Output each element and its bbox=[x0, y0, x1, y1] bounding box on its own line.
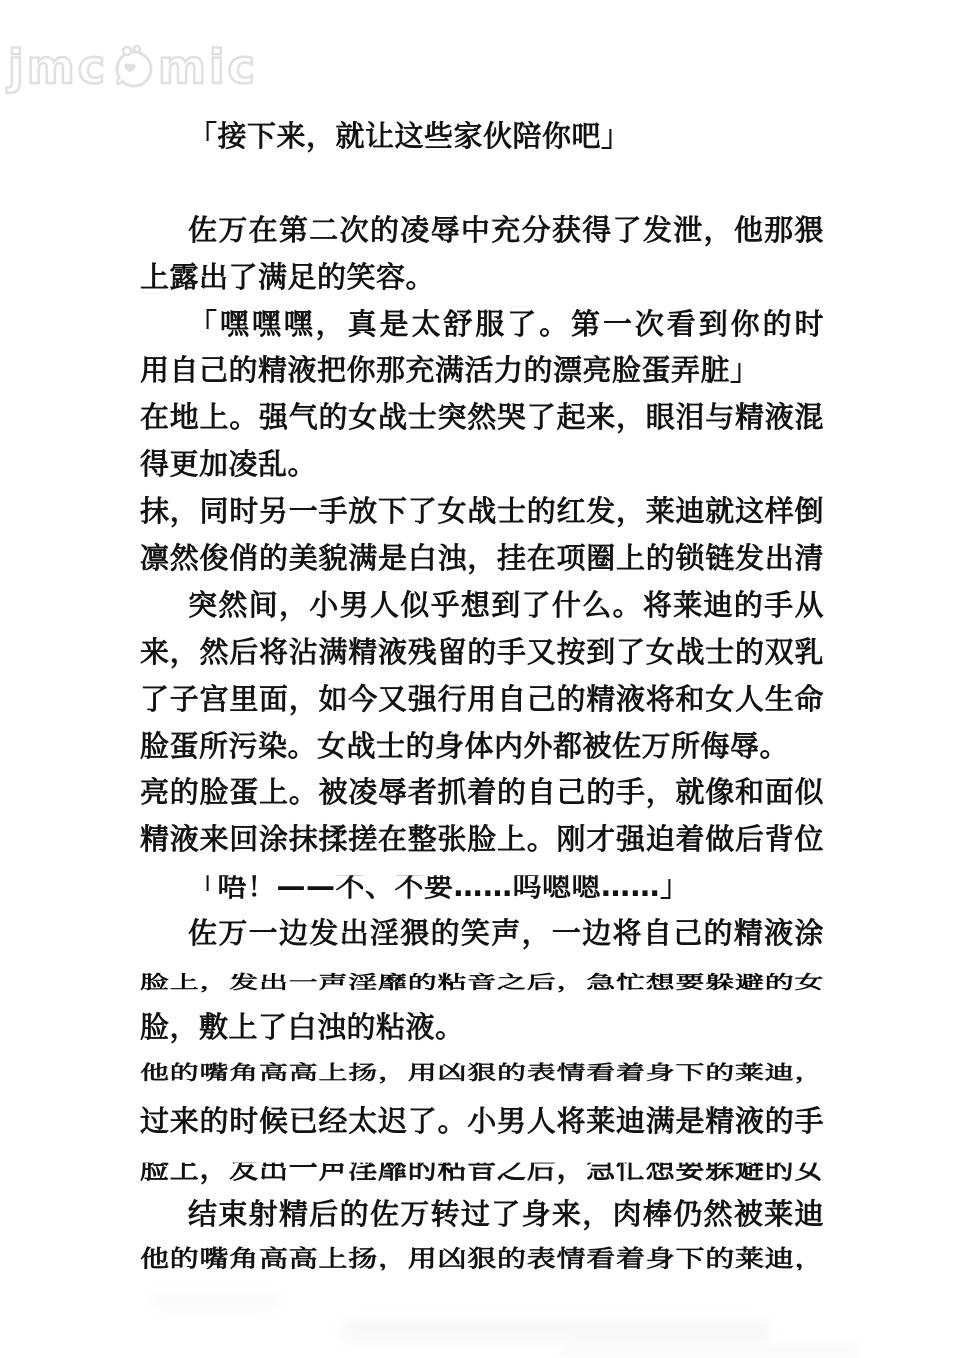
text-line: 脸，敷上了白浊的粘液。 bbox=[140, 1004, 824, 1051]
text-line: 结束射精后的佐万转过了身来，肉棒仍然被莱迪的手包裹着。 bbox=[140, 1191, 824, 1238]
text-line-degraded: 他的嘴角高高上扬，用凶狠的表情看着身下的莱迪，当莱迪反应 bbox=[140, 1057, 824, 1088]
ghost-smudge bbox=[150, 1292, 280, 1310]
text-line: 「嘿嘿嘿，真是太舒服了。第一次看到你的时候，老子就想 bbox=[140, 301, 824, 348]
text-line-degraded: 他的嘴角高高上扬，用凶狠的表情看着身下的莱迪，当莱迪反应 bbox=[140, 1240, 824, 1278]
text-line: 上露出了满足的笑容。 bbox=[140, 254, 824, 301]
jmcomic-watermark-logo: jmc mic bbox=[8, 44, 258, 90]
text-line: 亮的脸蛋上。被凌辱者抓着的自己的手，就像和面似的将腥臭的 bbox=[140, 769, 824, 816]
novel-text-page: jmc mic 「接下来，就让这些家伙陪你吧」 佐万在第二次的凌辱中充分获得了发… bbox=[0, 0, 960, 1358]
text-line: 佐万一边发出淫猥的笑声，一边将自己的精液涂抹在莱迪漂 bbox=[140, 910, 824, 957]
mascot-face-icon bbox=[110, 44, 156, 90]
ghost-smudge bbox=[560, 1345, 860, 1357]
text-line: 佐万在第二次的凌辱中充分获得了发泄，他那猥琐下流的脸 bbox=[140, 207, 824, 254]
text-line: 了子宫里面，如今又强行用自己的精液将和女人生命一样宝贵的 bbox=[140, 676, 824, 723]
text-line: 「接下来，就让这些家伙陪你吧」 bbox=[140, 113, 824, 160]
logo-text-left: jmc bbox=[8, 44, 108, 90]
logo-text-right: mic bbox=[158, 44, 258, 90]
text-line-degraded: 「唔！——不、不要……呜嗯嗯……」 bbox=[140, 863, 824, 910]
text-line-degraded: 脸上，发出一声淫靡的粘音之后，急忙想要躲避的女战士的半边 bbox=[140, 1145, 824, 1192]
text-line: 突然间，小男人似乎想到了什么。将莱迪的手从脸上拿了下 bbox=[140, 582, 824, 629]
text-line: 在地上。强气的女战士突然哭了起来，眼泪与精液混合将脸蛋弄 bbox=[140, 394, 824, 441]
text-block: 「接下来，就让这些家伙陪你吧」 佐万在第二次的凌辱中充分获得了发泄，他那猥琐下流… bbox=[140, 113, 824, 1285]
text-line-degraded: 脸上，发出一声淫靡的粘音之后，急忙想要躲避的女战士的半边 bbox=[140, 968, 824, 997]
ghost-smudge bbox=[340, 1318, 770, 1342]
text-line: 抹，同时另一手放下了女战士的红发，莱迪就这样倒在了地上。 bbox=[140, 488, 824, 535]
text-line: 得更加凌乱。 bbox=[140, 441, 824, 488]
text-line: 用自己的精液把你那充满活力的漂亮脸蛋弄脏」 bbox=[140, 347, 824, 394]
text-line: 脸蛋所污染。女战士的身体内外都被佐万所侮辱。 bbox=[140, 723, 824, 770]
text-line: 凛然俊俏的美貌满是白浊，挂在项圈上的锁链发出清脆的声音躺 bbox=[140, 535, 824, 582]
text-line: 过来的时候已经太迟了。小男人将莱迪满是精液的手按在了她的 bbox=[140, 1098, 824, 1145]
text-line: 来，然后将沾满精液残留的手又按到了女战士的双乳上揉搓涂 bbox=[140, 629, 824, 676]
text-line: 精液来回涂抹揉搓在整张脸上。刚才强迫着做后背位性交还射在 bbox=[140, 816, 824, 863]
